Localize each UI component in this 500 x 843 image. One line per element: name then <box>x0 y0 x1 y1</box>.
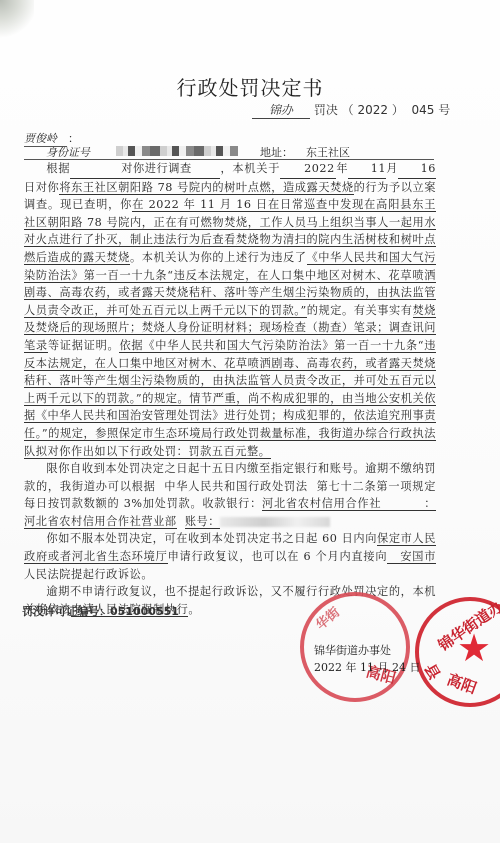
text: 月 <box>386 162 398 175</box>
license-number: 罚没许可证编号：051000551 <box>22 603 179 619</box>
doc-number-year: 2022 <box>357 103 388 117</box>
account-label: 账号： <box>185 515 220 529</box>
text: 。本机关认为你的上述行为违反了 <box>130 251 307 264</box>
text: ，本机关于 <box>220 162 280 175</box>
text: 申请行政复议，也可以在 6 个月内直接向 <box>168 550 388 563</box>
basis-field: 对你进行调查 <box>70 160 220 179</box>
doc-number-suffix: 号 <box>438 103 450 117</box>
seal-text: 高阳 <box>444 669 479 699</box>
case-year: 2022 <box>280 160 336 179</box>
text: 日对你 <box>24 181 59 194</box>
account-number-redacted <box>220 517 330 527</box>
license-value: 051000551 <box>110 605 179 618</box>
id-label: 身份证号 <box>46 144 90 160</box>
doc-number-middle: 罚决 <box>314 103 338 117</box>
page-corner-shadow <box>0 0 34 40</box>
text: 年 <box>336 162 348 175</box>
document-body: 根据对你进行调查，本机关于2022年11月16日对你将东王社区朝阳路 78 号院… <box>24 160 436 618</box>
bank-branch: 河北省农村信用合作社营业部 <box>24 515 177 529</box>
text: 根据 <box>46 162 70 175</box>
signature-block: 锦华街道办事处 2022 年 11 月 24 日 <box>314 642 420 676</box>
seal-text: 华街 <box>311 602 343 633</box>
issuer-name: 锦华街道办事处 <box>314 642 420 659</box>
text <box>381 497 424 511</box>
document-page: 行政处罚决定书 锦办 罚决 （ 2022 ） 045 号 贾俊岭 ： 身份证号 … <box>0 0 500 843</box>
paragraph-appeal: 你如不服本处罚决定，可在收到本处罚决定书之日起 60 日内向保定市人民政府或者河… <box>24 530 436 583</box>
text: 等证据证明。 <box>48 339 120 352</box>
id-address-line: 身份证号 地址： 东王社区 <box>24 144 434 160</box>
text: 。 <box>188 603 200 616</box>
text: 你如不服本处罚决定，可在收到本处罚决定书之日起 60 日内向 <box>46 532 377 545</box>
penalty-law: 中华人民共和国行政处罚法 <box>164 480 308 493</box>
address-label: 地址： <box>260 144 293 160</box>
text: 人民法院提起行政诉讼。 <box>24 568 153 581</box>
paragraph-findings: 根据对你进行调查，本机关于2022年11月16日对你将东王社区朝阳路 78 号院… <box>24 160 436 460</box>
court-city-name: 安国市 <box>400 550 436 563</box>
court-city: 安国市 <box>387 550 436 564</box>
document-title: 行政处罚决定书 <box>0 72 500 101</box>
text: 的规定。有关事实有 <box>307 304 413 317</box>
seal-text: 县 <box>420 660 446 684</box>
address-value: 东王社区 <box>306 144 350 160</box>
license-label: 罚没许可证编号： <box>22 605 110 618</box>
paragraph-payment: 限你自收到本处罚决定之日起十五日内缴至指定银行和账号。逾期不缴纳罚款的，我街道办… <box>24 460 436 530</box>
document-number: 锦办 罚决 （ 2022 ） 045 号 <box>252 101 450 119</box>
penalty-basis: 依据《中华人民共和国大气污染防治法》第一百一十九条“违反本法规定，在人口集中地区… <box>24 339 436 459</box>
text: ： <box>424 497 436 511</box>
issue-date: 2022 年 11 月 24 日 <box>314 659 420 676</box>
doc-number-prefix: 锦办 <box>252 101 310 119</box>
case-day: 16 <box>398 160 436 179</box>
doc-number-value: 045 <box>411 103 434 117</box>
star-icon: ★ <box>457 629 491 667</box>
case-description: 将东王社区朝阳路 78 号院内的树叶点燃，造成露天焚烧 <box>59 181 353 195</box>
case-month: 11 <box>348 160 386 179</box>
bank-name: 河北省农村信用合作社 <box>262 497 381 511</box>
id-number-redacted <box>116 146 238 156</box>
